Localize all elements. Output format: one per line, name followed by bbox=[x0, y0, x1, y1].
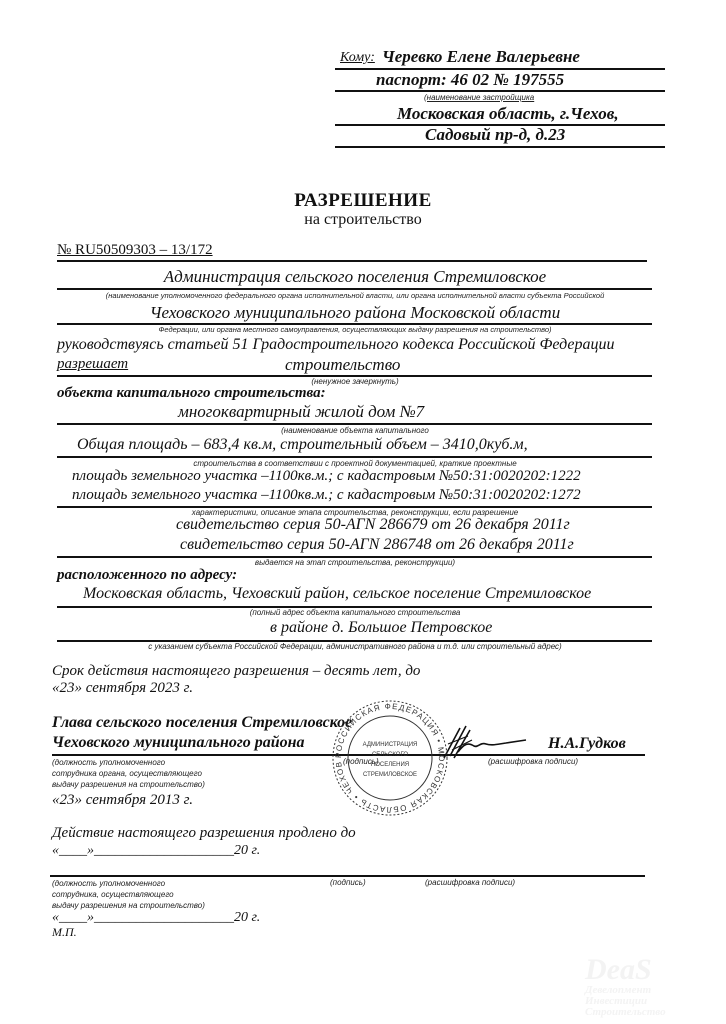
divider bbox=[335, 146, 665, 148]
authority-caption2: Федерации, или органа местного самоуправ… bbox=[55, 325, 655, 334]
validity-line2: «23» сентября 2023 г. bbox=[52, 680, 193, 697]
authority-line2: Чеховского муниципального района Московс… bbox=[60, 303, 650, 323]
watermark: DeaS Девелопмент Инвестиции Строительств… bbox=[585, 955, 725, 1018]
official-stamp-icon: РОССИЙСКАЯ ФЕДЕРАЦИЯ • МОСКОВСКАЯ ОБЛАСТ… bbox=[330, 698, 450, 818]
handwritten-signature-icon bbox=[440, 722, 530, 762]
stamp-inner-line4: СТРЕМИЛОВСКОЕ bbox=[363, 772, 417, 778]
extension-caption-position: (должность уполномоченного сотрудника, о… bbox=[52, 878, 205, 911]
object-caption4: выдается на этап строительства, реконстр… bbox=[55, 558, 655, 567]
location-caption2: с указанием субъекта Российской Федераци… bbox=[55, 642, 655, 651]
recipient-address-line2: Садовый пр-д, д.23 bbox=[425, 125, 565, 145]
extension-caption-name: (расшифровка подписи) bbox=[425, 878, 515, 887]
watermark-line: Строительство bbox=[585, 1007, 725, 1018]
permits-value: строительство bbox=[285, 355, 400, 375]
signatory-date: «23» сентября 2013 г. bbox=[52, 792, 193, 809]
authority-line1: Администрация сельского поселения Стреми… bbox=[60, 267, 650, 287]
document-title: РАЗРЕШЕНИЕ bbox=[0, 190, 726, 212]
extension-date-line: «____»____________________20 г. bbox=[52, 843, 260, 859]
caption-line: сотрудника органа, осуществляющего bbox=[52, 768, 205, 779]
object-caption2: строительства в соответствии с проектной… bbox=[55, 459, 655, 468]
recipient-passport: паспорт: 46 02 № 197555 bbox=[376, 70, 564, 90]
signatory-position-line2: Чеховского муниципального района bbox=[52, 734, 305, 752]
caption-line: выдачу разрешения на строительство) bbox=[52, 779, 205, 790]
land-plot-2: площадь земельного участка –1100кв.м.; с… bbox=[72, 487, 581, 504]
divider bbox=[57, 456, 652, 458]
extension-date-line2: «____»____________________20 г. bbox=[52, 910, 260, 926]
signatory-caption-position: (должность уполномоченного сотрудника ор… bbox=[52, 757, 205, 790]
divider bbox=[335, 90, 665, 92]
divider bbox=[50, 875, 645, 877]
recipient-label: Кому: bbox=[340, 50, 375, 66]
divider bbox=[57, 288, 652, 290]
location-line1: Московская область, Чеховский район, сел… bbox=[83, 585, 591, 603]
caption-line: сотрудника, осуществляющего bbox=[52, 889, 205, 900]
certificate-1: свидетельство серия 50-АГN 286679 от 26 … bbox=[176, 516, 570, 534]
object-area: Общая площадь – 683,4 кв.м, строительный… bbox=[77, 436, 528, 454]
validity-line1: Срок действия настоящего разрешения – де… bbox=[52, 663, 420, 680]
authority-caption1: (наименование уполномоченного федерально… bbox=[55, 291, 655, 300]
stamp-inner-line1: АДМИНИСТРАЦИЯ bbox=[363, 742, 418, 748]
recipient-caption: (наименование застройщика bbox=[424, 93, 534, 102]
divider bbox=[57, 423, 652, 425]
legal-basis: руководствуясь статьей 51 Градостроитель… bbox=[57, 336, 615, 354]
signatory-position-line1: Глава сельского поселения Стремиловское bbox=[52, 714, 352, 732]
caption-line: (должность уполномоченного bbox=[52, 878, 205, 889]
object-name: многоквартирный жилой дом №7 bbox=[178, 402, 424, 422]
stamp-inner-line3: ПОСЕЛЕНИЯ bbox=[371, 762, 409, 768]
signatory-name: Н.А.Гудков bbox=[548, 735, 626, 753]
recipient-address-line1: Московская область, г.Чехов, bbox=[397, 104, 619, 124]
object-caption1: (наименование объекта капитального bbox=[55, 426, 655, 435]
divider bbox=[57, 260, 647, 262]
permits-label: разрешает bbox=[57, 356, 128, 373]
stamp-inner-line2: СЕЛЬСКОГО bbox=[372, 752, 408, 758]
caption-line: (должность уполномоченного bbox=[52, 757, 205, 768]
land-plot-1: площадь земельного участка –1100кв.м.; с… bbox=[72, 468, 581, 485]
permit-number: № RU50509303 – 13/172 bbox=[57, 242, 213, 259]
location-label: расположенного по адресу: bbox=[57, 567, 237, 584]
object-label: объекта капитального строительства: bbox=[57, 385, 326, 402]
extension-line1: Действие настоящего разрешения продлено … bbox=[52, 825, 356, 842]
watermark-logo: DeaS bbox=[585, 955, 725, 985]
location-caption1: (полный адрес объекта капитального строи… bbox=[55, 608, 655, 617]
recipient-name: Черевко Елене Валерьевне bbox=[382, 47, 580, 67]
location-line2: в районе д. Большое Петровское bbox=[270, 619, 492, 637]
certificate-2: свидетельство серия 50-АГN 286748 от 26 … bbox=[180, 536, 574, 554]
extension-caption-signature: (подпись) bbox=[330, 878, 366, 887]
document-subtitle: на строительство bbox=[0, 211, 726, 229]
seal-mark: М.П. bbox=[52, 925, 77, 940]
